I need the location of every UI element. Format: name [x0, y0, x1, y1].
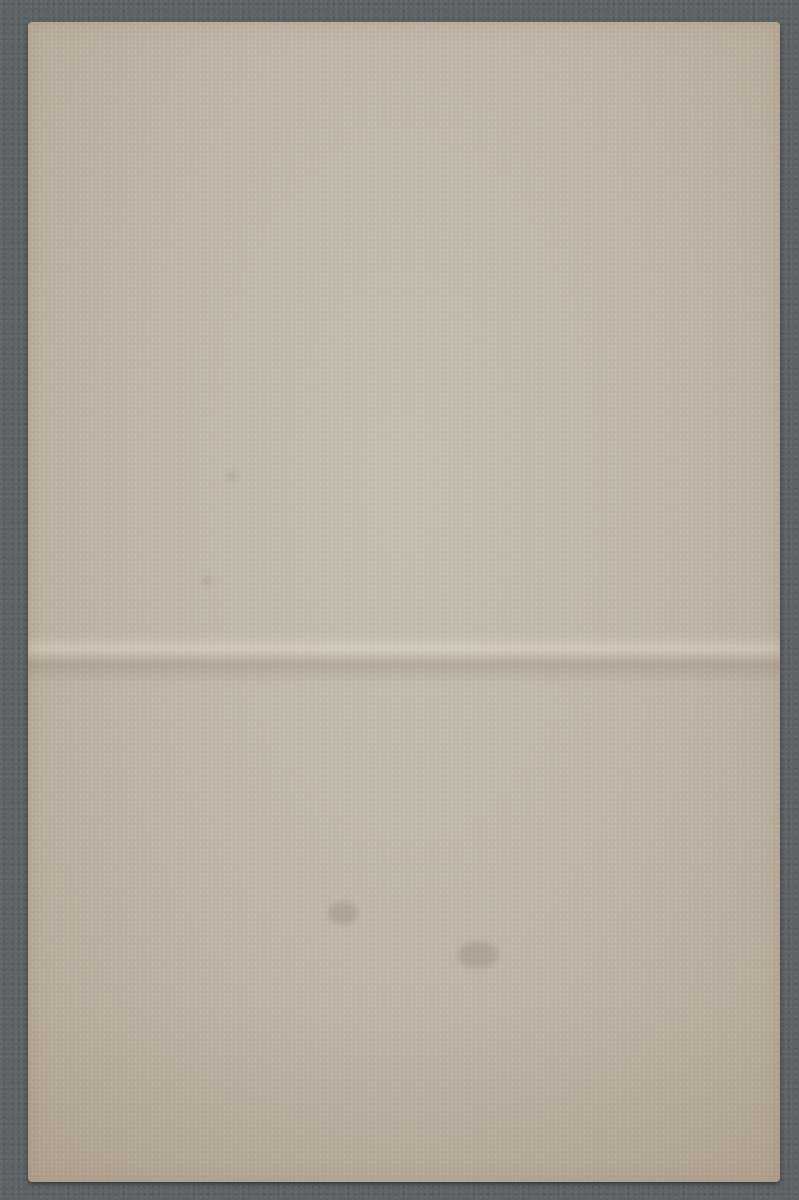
blank-card — [28, 22, 780, 1182]
card-edge — [28, 22, 780, 1182]
